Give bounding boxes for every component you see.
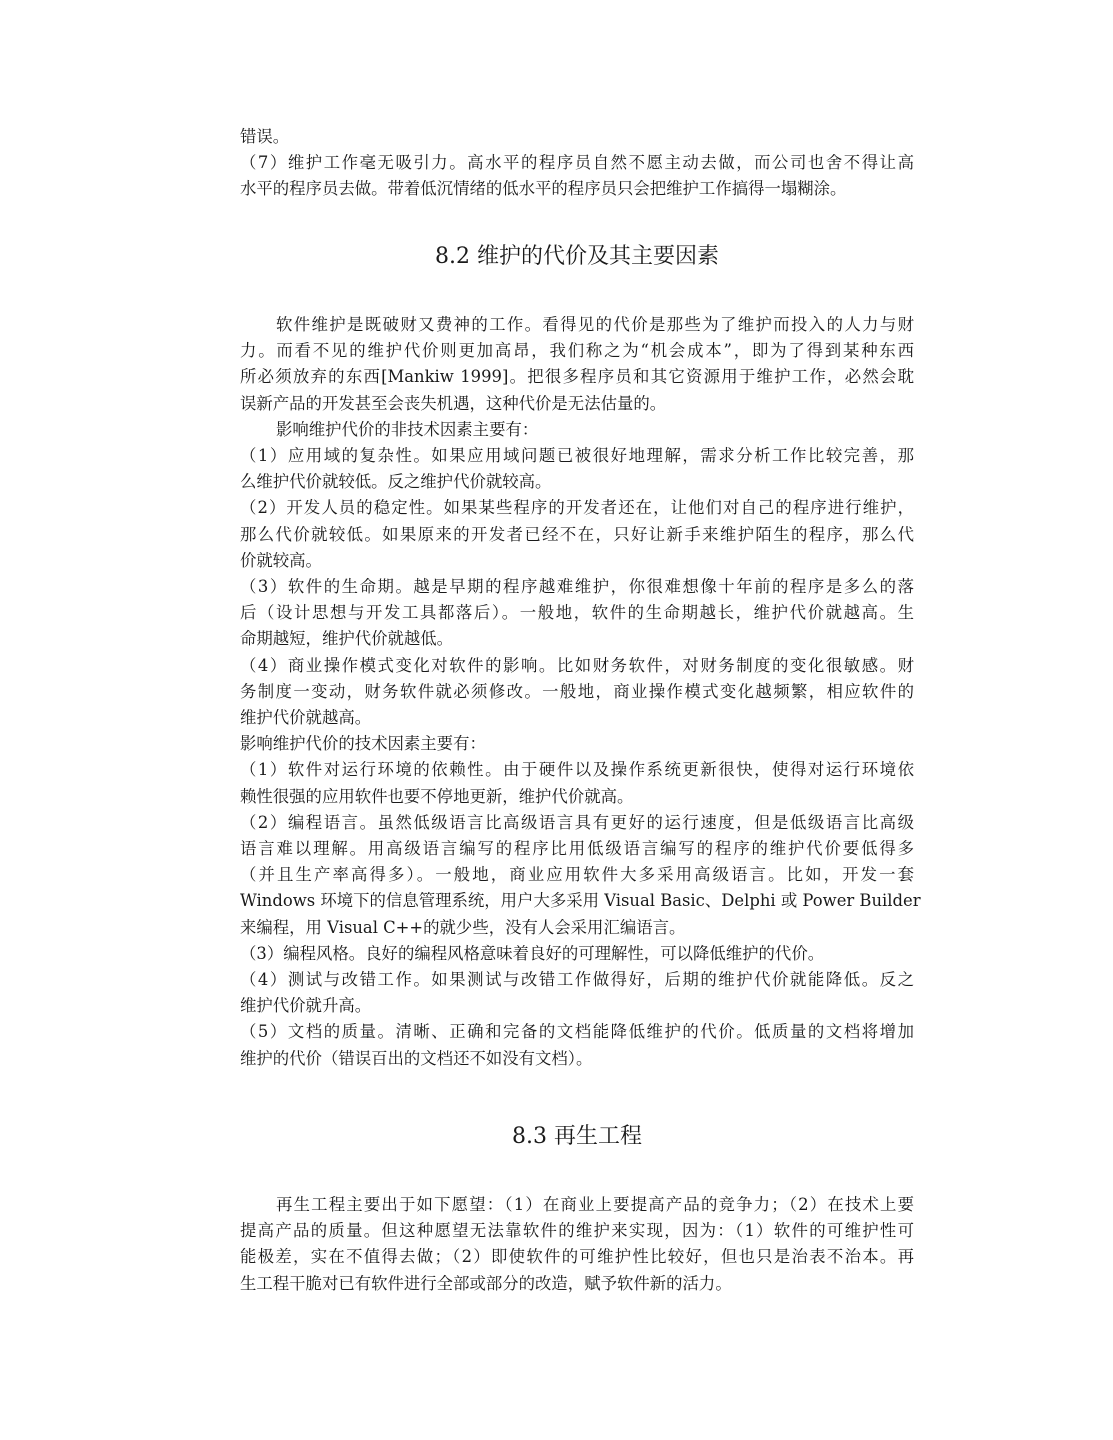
text-line: Windows 环境下的信息管理系统，用户大多采用 Visual Basic、D… [240, 888, 914, 914]
text-line: 生工程干脆对已有软件进行全部或部分的改造，赋予软件新的活力。 [240, 1271, 914, 1297]
section-heading-8-2: 8.2 维护的代价及其主要因素 [240, 242, 914, 272]
text-line: （并且生产率高得多）。一般地，商业应用软件大多采用高级语言。比如，开发一套 [240, 862, 914, 888]
text-line: 命期越短，维护代价就越低。 [240, 626, 914, 652]
text-line: （1）软件对运行环境的依赖性。由于硬件以及操作系统更新很快，使得对运行环境依 [240, 757, 914, 783]
text-line: 来编程，用 Visual C++的就少些，没有人会采用汇编语言。 [240, 915, 914, 941]
text-line: 软件维护是既破财又费神的工作。看得见的代价是那些为了维护而投入的人力与财 [240, 312, 914, 338]
text-line: 价就较高。 [240, 548, 914, 574]
text-line: 能极差，实在不值得去做；（2）即使软件的可维护性比较好，但也只是治表不治本。再 [240, 1244, 914, 1270]
text-line: （3）编程风格。良好的编程风格意味着良好的可理解性，可以降低维护的代价。 [240, 941, 914, 967]
text-line: 误新产品的开发甚至会丧失机遇，这种代价是无法估量的。 [240, 391, 914, 417]
section-8-2-body: 软件维护是既破财又费神的工作。看得见的代价是那些为了维护而投入的人力与财 力。而… [240, 312, 914, 1072]
text-line: 再生工程主要出于如下愿望：（1）在商业上要提高产品的竞争力；（2）在技术上要 [240, 1192, 914, 1218]
text-line: 影响维护代价的非技术因素主要有： [240, 417, 914, 443]
text-line: （2）开发人员的稳定性。如果某些程序的开发者还在，让他们对自己的程序进行维护， [240, 495, 914, 521]
text-line: 错误。 [240, 124, 914, 150]
text-line: （4）商业操作模式变化对软件的影响。比如财务软件，对财务制度的变化很敏感。财 [240, 653, 914, 679]
text-line: 么维护代价就较低。反之维护代价就较高。 [240, 469, 914, 495]
text-line: 那么代价就较低。如果原来的开发者已经不在，只好让新手来维护陌生的程序，那么代 [240, 522, 914, 548]
text-line: （1）应用域的复杂性。如果应用域问题已被很好地理解，需求分析工作比较完善，那 [240, 443, 914, 469]
section-8-3-body: 再生工程主要出于如下愿望：（1）在商业上要提高产品的竞争力；（2）在技术上要 提… [240, 1192, 914, 1297]
text-line: 影响维护代价的技术因素主要有： [240, 731, 914, 757]
text-line: （3）软件的生命期。越是早期的程序越难维护，你很难想像十年前的程序是多么的落 [240, 574, 914, 600]
text-line: 力。而看不见的维护代价则更加高昂，我们称之为“机会成本”，即为了得到某种东西 [240, 338, 914, 364]
text-line: 水平的程序员去做。带着低沉情绪的低水平的程序员只会把维护工作搞得一塌糊涂。 [240, 176, 914, 202]
text-line: （4）测试与改错工作。如果测试与改错工作做得好，后期的维护代价就能降低。反之 [240, 967, 914, 993]
text-line: 提高产品的质量。但这种愿望无法靠软件的维护来实现，因为：（1）软件的可维护性可 [240, 1218, 914, 1244]
text-line: 赖性很强的应用软件也要不停地更新，维护代价就高。 [240, 784, 914, 810]
section-heading-8-3: 8.3 再生工程 [240, 1122, 914, 1152]
text-line: （7）维护工作毫无吸引力。高水平的程序员自然不愿主动去做，而公司也舍不得让高 [240, 150, 914, 176]
text-line: 所必须放弃的东西[Mankiw 1999]。把很多程序员和其它资源用于维护工作，… [240, 364, 914, 390]
text-line: 维护代价就升高。 [240, 993, 914, 1019]
previous-section-tail: 错误。 （7）维护工作毫无吸引力。高水平的程序员自然不愿主动去做，而公司也舍不得… [240, 124, 914, 203]
text-line: 后（设计思想与开发工具都落后）。一般地，软件的生命期越长，维护代价就越高。生 [240, 600, 914, 626]
text-line: 务制度一变动，财务软件就必须修改。一般地，商业操作模式变化越频繁，相应软件的 [240, 679, 914, 705]
text-line: （2）编程语言。虽然低级语言比高级语言具有更好的运行速度，但是低级语言比高级 [240, 810, 914, 836]
text-line: 维护代价就越高。 [240, 705, 914, 731]
text-line: 维护的代价（错误百出的文档还不如没有文档）。 [240, 1046, 914, 1072]
text-line: 语言难以理解。用高级语言编写的程序比用低级语言编写的程序的维护代价要低得多 [240, 836, 914, 862]
text-line: （5）文档的质量。清晰、正确和完备的文档能降低维护的代价。低质量的文档将增加 [240, 1019, 914, 1045]
